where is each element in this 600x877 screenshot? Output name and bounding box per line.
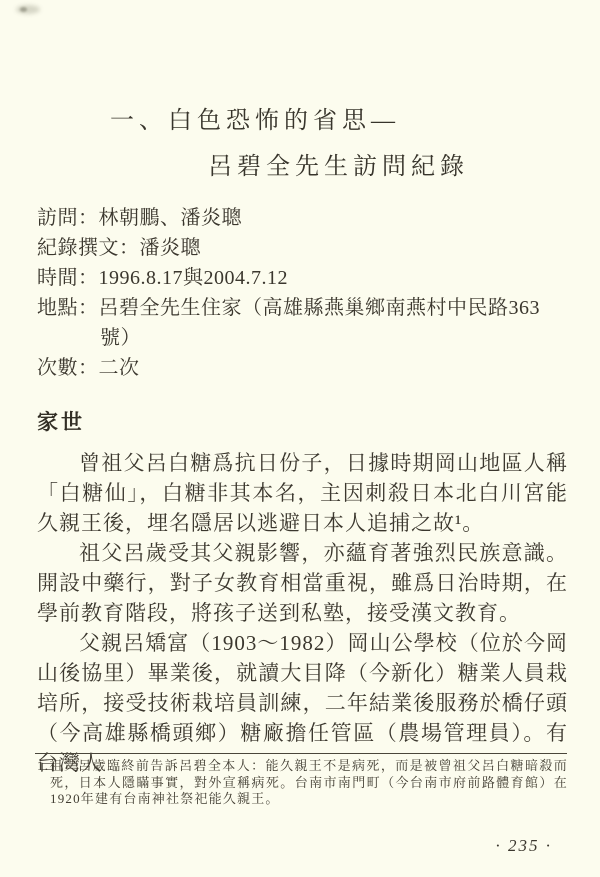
meta-interviewer: 訪問：林朝鵬、潘炎聰 bbox=[37, 203, 553, 233]
paragraph-father: 父親呂矯富（1903～1982）岡山公學校（位於今岡山後協里）畢業後，就讀大目降… bbox=[37, 628, 568, 778]
meta-time: 時間：1996.8.17與2004.7.12 bbox=[37, 263, 553, 293]
meta-session-count: 次數：二次 bbox=[37, 353, 553, 383]
page-number: · 235 · bbox=[496, 836, 553, 856]
chapter-title-line2: 呂碧全先生訪問紀錄 bbox=[208, 146, 469, 181]
meta-location: 地點：呂碧全先生住家（高雄縣燕巢鄉南燕村中民路363號） bbox=[37, 293, 553, 353]
footnote-1: 1.祖父呂歲臨終前告訴呂碧全本人：能久親王不是病死，而是被曾祖父呂白糖暗殺而死，… bbox=[37, 758, 568, 808]
meta-recorder: 紀錄撰文：潘炎聰 bbox=[37, 233, 553, 263]
interview-metadata: 訪問：林朝鵬、潘炎聰 紀錄撰文：潘炎聰 時間：1996.8.17與2004.7.… bbox=[37, 203, 553, 383]
footnote-separator-rule bbox=[35, 753, 567, 754]
chapter-title-line1: 一、白色恐怖的省思— bbox=[110, 100, 400, 135]
paragraph-great-grandfather: 曾祖父呂白糖爲抗日份子，日據時期岡山地區人稱「白糖仙」，白糖非其本名，主因刺殺日… bbox=[37, 448, 568, 538]
scan-smudge-dot bbox=[20, 7, 27, 12]
scanned-book-page: 一、白色恐怖的省思— 呂碧全先生訪問紀錄 訪問：林朝鵬、潘炎聰 紀錄撰文：潘炎聰… bbox=[0, 0, 600, 877]
body-text-block: 曾祖父呂白糖爲抗日份子，日據時期岡山地區人稱「白糖仙」，白糖非其本名，主因刺殺日… bbox=[37, 448, 568, 778]
section-heading-family-background: 家世 bbox=[37, 406, 85, 436]
footnote-block: 1.祖父呂歲臨終前告訴呂碧全本人：能久親王不是病死，而是被曾祖父呂白糖暗殺而死，… bbox=[37, 758, 568, 808]
paragraph-grandfather: 祖父呂歲受其父親影響，亦蘊育著強烈民族意識。開設中藥行，對子女教育相當重視，雖爲… bbox=[37, 538, 568, 628]
